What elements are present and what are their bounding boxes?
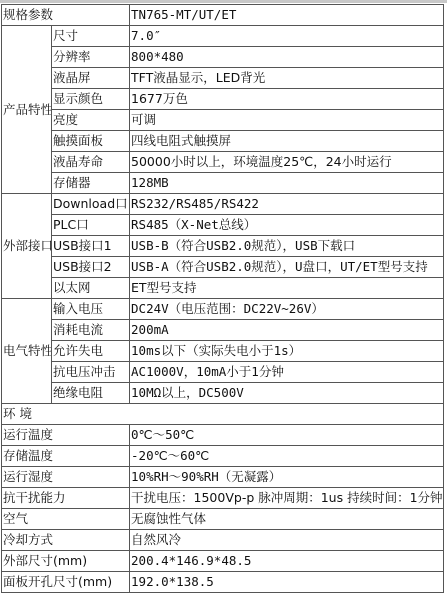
group-label-interface: 外部接口 [2,194,52,299]
row-label: 抗干扰能力 [2,488,130,509]
table-row: 外部接口 Download口 RS232/RS485/RS422 [2,194,444,215]
table-row-section-title: 环 境 [2,404,444,425]
top-border-strip [0,0,447,3]
table-row: 产品特性 尺寸 7.0″ [2,26,444,47]
row-value: 可调 [130,110,444,131]
row-value: 自然风冷 [130,530,444,551]
row-label: 显示颜色 [52,89,130,110]
row-label: 抗电压冲击 [52,362,130,383]
header-value: TN765-MT/UT/ET [130,5,444,26]
table-row: 允许失电 10ms以下（实际失电小于1s） [2,341,444,362]
row-label: 尺寸 [52,26,130,47]
table-row: 面板开孔尺寸(mm) 192.0*138.5 [2,572,444,593]
row-value: 50000小时以上，环境温度25℃，24小时运行 [130,152,444,173]
table-row: 液晶寿命 50000小时以上，环境温度25℃，24小时运行 [2,152,444,173]
table-row: 亮度 可调 [2,110,444,131]
group-label-electrical: 电气特性 [2,299,52,404]
row-label: 输入电压 [52,299,130,320]
table-row: 抗电压冲击 AC1000V，10mA小于1分钟 [2,362,444,383]
table-row-header: 规格参数 TN765-MT/UT/ET [2,5,444,26]
table-row: USB接口2 USB-A（符合USB2.0规范），U盘口，UT/ET型号支持 [2,257,444,278]
table-row: 显示颜色 1677万色 [2,89,444,110]
row-value: 7.0″ [130,26,444,47]
row-value: 200.4*146.9*48.5 [130,551,444,572]
row-value: 10ms以下（实际失电小于1s） [130,341,444,362]
row-label: 液晶寿命 [52,152,130,173]
row-value: -20℃～60℃ [130,446,444,467]
row-value: 192.0*138.5 [130,572,444,593]
table-row: 运行湿度 10%RH～90%RH（无凝露） [2,467,444,488]
row-value: 10%RH～90%RH（无凝露） [130,467,444,488]
row-value: USB-B（符合USB2.0规范），USB下载口 [130,236,444,257]
row-value: USB-A（符合USB2.0规范），U盘口，UT/ET型号支持 [130,257,444,278]
row-label: 消耗电流 [52,320,130,341]
row-value: DC24V（电压范围：DC22V~26V） [130,299,444,320]
row-label: Download口 [52,194,130,215]
row-value: ET型号支持 [130,278,444,299]
table-row: USB接口1 USB-B（符合USB2.0规范），USB下载口 [2,236,444,257]
row-label: 触摸面板 [52,131,130,152]
row-label: 允许失电 [52,341,130,362]
row-label: 运行湿度 [2,467,130,488]
table-row: PLC口 RS485（X-Net总线） [2,215,444,236]
row-label: 空气 [2,509,130,530]
row-value: 128MB [130,173,444,194]
row-label: 存储温度 [2,446,130,467]
row-value: TFT液晶显示，LED背光 [130,68,444,89]
row-value: 200mA [130,320,444,341]
row-label: 分辨率 [52,47,130,68]
table-row: 存储器 128MB [2,173,444,194]
table-row: 电气特性 输入电压 DC24V（电压范围：DC22V~26V） [2,299,444,320]
row-label: 存储器 [52,173,130,194]
row-label: PLC口 [52,215,130,236]
table-row: 运行温度 0℃～50℃ [2,425,444,446]
table-row: 空气 无腐蚀性气体 [2,509,444,530]
header-label: 规格参数 [2,5,130,26]
group-label-product: 产品特性 [2,26,52,194]
row-value: 干扰电压：1500Vp-p 脉冲周期：1us 持续时间：1分钟 [130,488,444,509]
row-value: 四线电阻式触摸屏 [130,131,444,152]
row-label: 面板开孔尺寸(mm) [2,572,130,593]
table-row: 外部尺寸(mm) 200.4*146.9*48.5 [2,551,444,572]
row-value: 无腐蚀性气体 [130,509,444,530]
row-label: 运行温度 [2,425,130,446]
table-row: 分辨率 800*480 [2,47,444,68]
row-value: RS485（X-Net总线） [130,215,444,236]
table-row: 绝缘电阻 10MΩ以上，DC500V [2,383,444,404]
row-label: 外部尺寸(mm) [2,551,130,572]
row-value: 1677万色 [130,89,444,110]
table-row: 冷却方式 自然风冷 [2,530,444,551]
row-label: 冷却方式 [2,530,130,551]
table-row: 以太网 ET型号支持 [2,278,444,299]
row-label: 亮度 [52,110,130,131]
table-row: 存储温度 -20℃～60℃ [2,446,444,467]
row-label: 液晶屏 [52,68,130,89]
row-value: 10MΩ以上，DC500V [130,383,444,404]
row-label: USB接口1 [52,236,130,257]
row-value: RS232/RS485/RS422 [130,194,444,215]
row-label: USB接口2 [52,257,130,278]
row-label: 绝缘电阻 [52,383,130,404]
table-row: 液晶屏 TFT液晶显示，LED背光 [2,68,444,89]
table-row: 抗干扰能力 干扰电压：1500Vp-p 脉冲周期：1us 持续时间：1分钟 [2,488,444,509]
table-row: 触摸面板 四线电阻式触摸屏 [2,131,444,152]
spec-table: 规格参数 TN765-MT/UT/ET 产品特性 尺寸 7.0″ 分辨率 800… [1,4,444,593]
row-value: 0℃～50℃ [130,425,444,446]
section-title-environment: 环 境 [2,404,444,425]
row-label: 以太网 [52,278,130,299]
table-row: 消耗电流 200mA [2,320,444,341]
row-value: 800*480 [130,47,444,68]
row-value: AC1000V，10mA小于1分钟 [130,362,444,383]
